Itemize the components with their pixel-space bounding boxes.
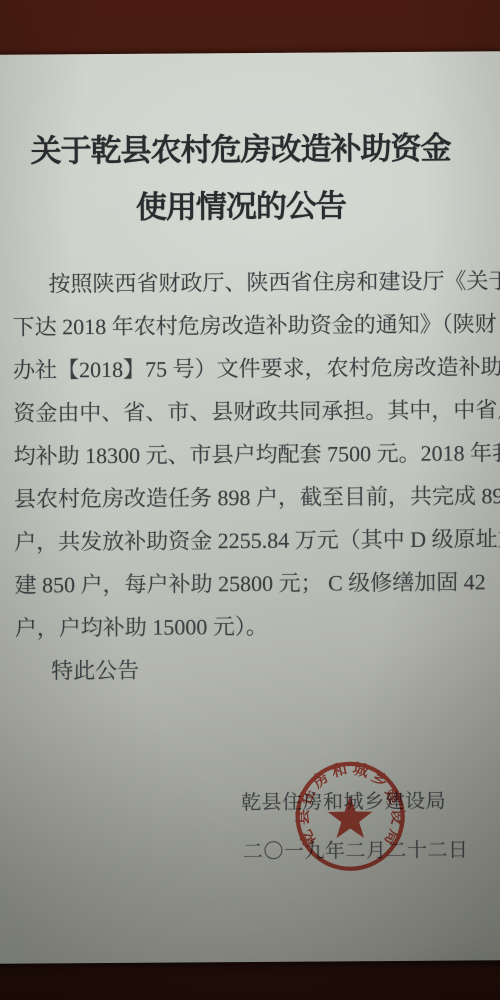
body-line: 办社【2018】75 号）文件要求，农村危房改造补助 xyxy=(13,345,489,391)
notice-body: 按照陕西省财政厅、陕西省住房和建设厅《关于 下达 2018 年农村危房改造补助资… xyxy=(12,259,491,692)
body-line: 户，共发放补助资金 2255.84 万元（其中 D 级原址重 xyxy=(14,517,490,563)
body-line: 下达 2018 年农村危房改造补助资金的通知》（陕财 xyxy=(13,302,489,348)
body-line: 户，户均补助 15000 元）。 xyxy=(15,603,491,649)
notice-title: 关于乾县农村危房改造补助资金 使用情况的公告 xyxy=(0,119,492,237)
official-seal: 乾县住房和城乡建设局 xyxy=(291,754,410,879)
seal-star-icon xyxy=(328,796,373,839)
title-line-1: 关于乾县农村危房改造补助资金 xyxy=(0,119,492,180)
paper-sheet: 关于乾县农村危房改造补助资金 使用情况的公告 按照陕西省财政厅、陕西省住房和建设… xyxy=(0,51,500,964)
body-line: 建 850 户，每户补助 25800 元； C 级修缮加固 42 xyxy=(14,560,490,606)
closing-line: 特此公告 xyxy=(15,646,491,692)
document-photo: 关于乾县农村危房改造补助资金 使用情况的公告 按照陕西省财政厅、陕西省住房和建设… xyxy=(0,0,500,1000)
title-line-2: 使用情况的公告 xyxy=(0,176,492,237)
body-line: 资金由中、省、市、县财政共同承担。其中，中省户 xyxy=(13,388,489,434)
body-line: 均补助 18300 元、市县户均配套 7500 元。2018 年我 xyxy=(13,431,489,477)
body-line: 按照陕西省财政厅、陕西省住房和建设厅《关于 xyxy=(12,259,488,305)
body-line: 县农村危房改造任务 898 户，截至目前，共完成 892 xyxy=(14,474,490,520)
